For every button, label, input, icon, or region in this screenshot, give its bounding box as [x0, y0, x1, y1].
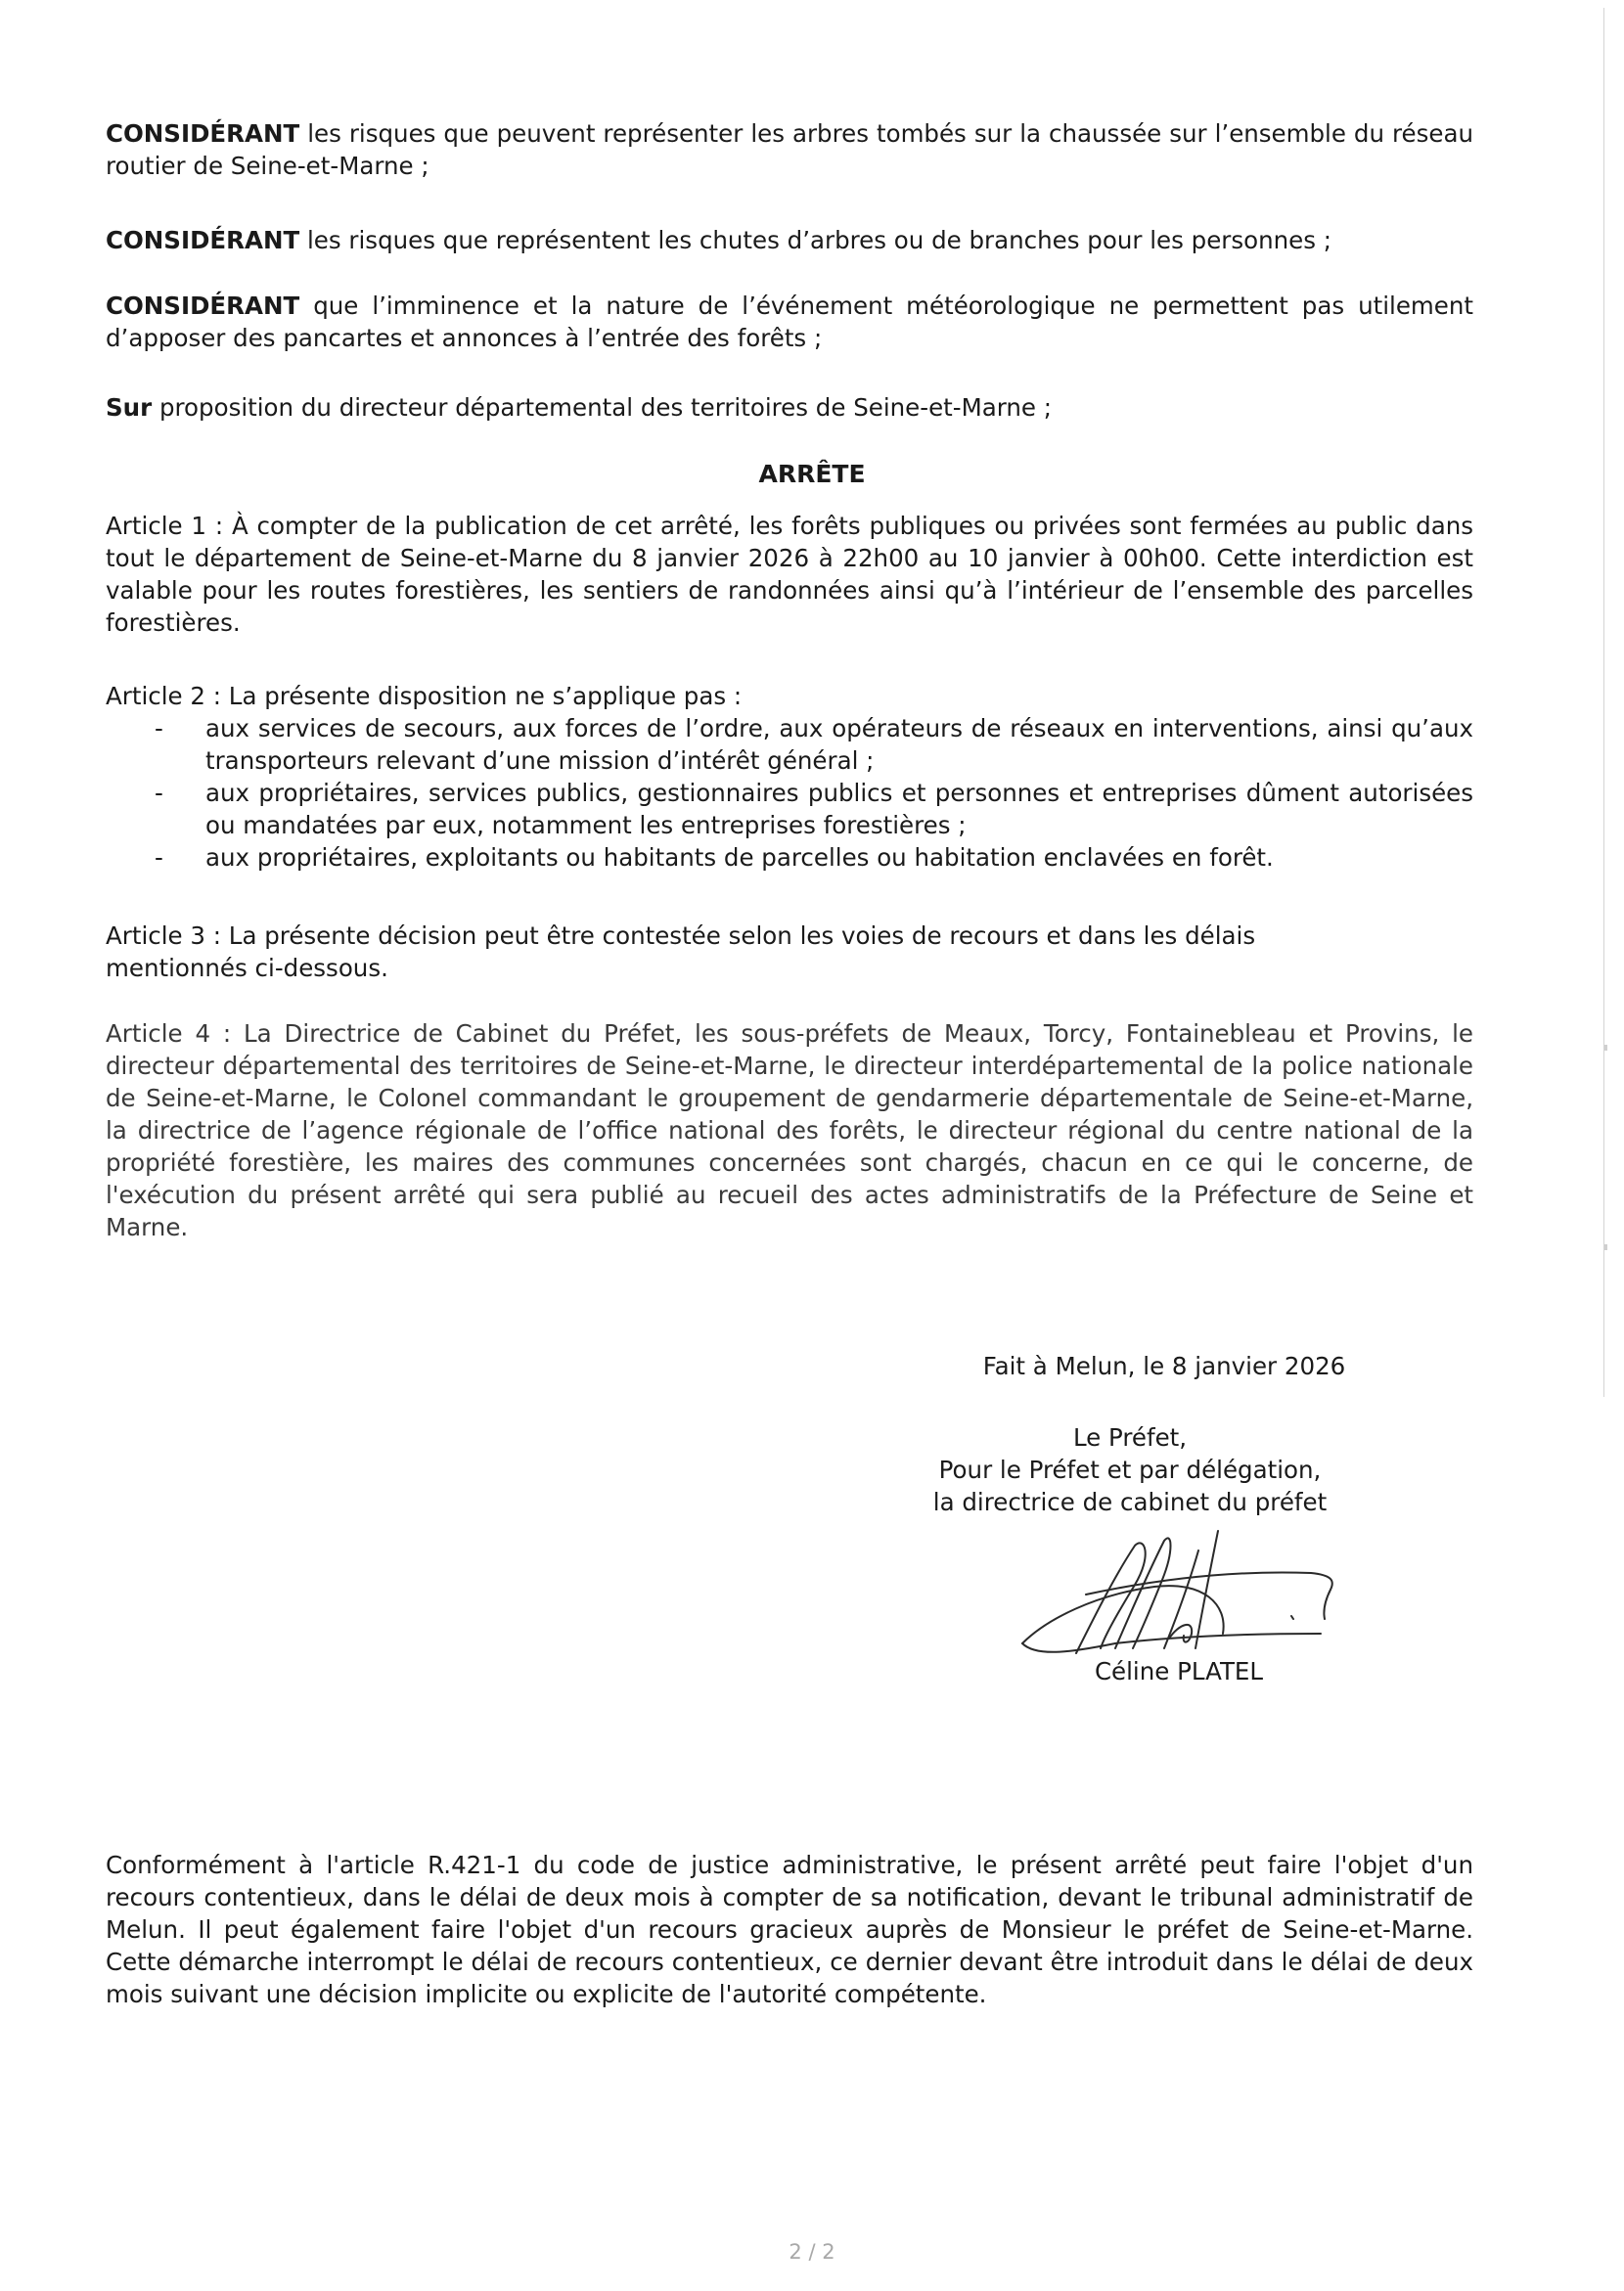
- list-item: -aux services de secours, aux forces de …: [106, 712, 1473, 777]
- list-item: -aux propriétaires, services publics, ge…: [106, 777, 1473, 841]
- scan-artifact: [1604, 1045, 1607, 1051]
- decision-title: ARRÊTE: [0, 458, 1624, 490]
- considerant-lead: CONSIDÉRANT: [106, 292, 299, 320]
- signature-title-3: la directrice de cabinet du préfet: [900, 1486, 1360, 1518]
- proposition-lead: Sur: [106, 393, 152, 422]
- appeal-notice: Conformément à l'article R.421-1 du code…: [106, 1849, 1473, 2010]
- considerant-2: CONSIDÉRANT les risques que représentent…: [106, 224, 1473, 256]
- article-2-list: -aux services de secours, aux forces de …: [106, 712, 1473, 874]
- considerant-lead: CONSIDÉRANT: [106, 119, 299, 148]
- article-3: Article 3 : La présente décision peut êt…: [106, 920, 1377, 984]
- bullet-dash: -: [155, 777, 163, 809]
- considerant-text: les risques que représentent les chutes …: [299, 226, 1331, 254]
- document-page: CONSIDÉRANT les risques que peuvent repr…: [0, 0, 1624, 2291]
- signature-title-2: Pour le Préfet et par délégation,: [900, 1454, 1360, 1486]
- signature-title-1: Le Préfet,: [900, 1421, 1360, 1454]
- signatory-name: Céline PLATEL: [1047, 1655, 1311, 1687]
- proposition-line: Sur proposition du directeur département…: [106, 391, 1473, 424]
- considerant-3: CONSIDÉRANT que l’imminence et la nature…: [106, 290, 1473, 354]
- article-2: Article 2 : La présente disposition ne s…: [106, 680, 1473, 874]
- list-item-text: aux propriétaires, services publics, ges…: [205, 779, 1473, 839]
- considerant-text: que l’imminence et la nature de l’événem…: [106, 292, 1473, 352]
- article-4: Article 4 : La Directrice de Cabinet du …: [106, 1017, 1473, 1243]
- considerant-text: les risques que peuvent représenter les …: [106, 119, 1473, 180]
- scan-edge-line: [1603, 8, 1604, 1397]
- article-1: Article 1 : À compter de la publication …: [106, 510, 1473, 639]
- list-item: -aux propriétaires, exploitants ou habit…: [106, 841, 1473, 874]
- list-item-text: aux services de secours, aux forces de l…: [205, 714, 1473, 775]
- bullet-dash: -: [155, 841, 163, 874]
- place-date: Fait à Melun, le 8 janvier 2026: [939, 1350, 1389, 1382]
- list-item-text: aux propriétaires, exploitants ou habita…: [205, 843, 1274, 872]
- scan-artifact: [1604, 1244, 1607, 1250]
- bullet-dash: -: [155, 712, 163, 744]
- considerant-lead: CONSIDÉRANT: [106, 226, 299, 254]
- proposition-text: proposition du directeur départemental d…: [152, 393, 1052, 422]
- page-number: 2 / 2: [0, 2240, 1624, 2264]
- article-2-intro: Article 2 : La présente disposition ne s…: [106, 680, 1473, 712]
- handwritten-signature: [1017, 1526, 1350, 1673]
- considerant-1: CONSIDÉRANT les risques que peuvent repr…: [106, 117, 1473, 182]
